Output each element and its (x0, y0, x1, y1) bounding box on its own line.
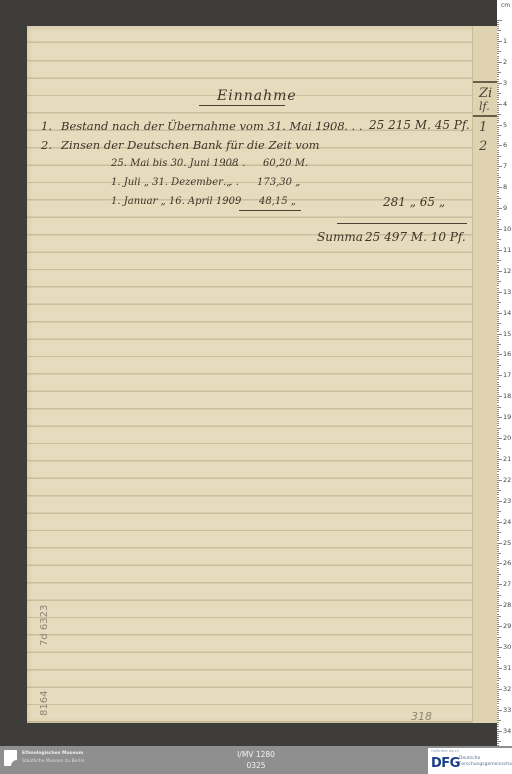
footer-bar: Ethnologisches Museum Staatliche Museen … (0, 746, 512, 774)
ruler-tick (497, 565, 499, 566)
ruler-tick (497, 93, 501, 94)
ruler-tick (497, 342, 499, 343)
ruler-tick (497, 30, 501, 31)
ruler-label: 31 (503, 664, 511, 672)
ruler-tick (497, 346, 499, 347)
ruler-tick (497, 630, 499, 631)
ruler-tick (497, 377, 499, 378)
ruler-tick (497, 315, 499, 316)
ruler-tick (497, 530, 499, 531)
ruler-tick (497, 559, 499, 560)
ruler-tick (497, 457, 499, 458)
ruler-tick (497, 185, 499, 186)
ruler-tick (497, 275, 499, 276)
ruler-tick (497, 520, 499, 521)
ruler-tick (497, 586, 499, 587)
ruler-tick (497, 720, 501, 721)
ruler-tick (497, 515, 499, 516)
ruler-tick (497, 683, 499, 684)
ruler-tick (497, 206, 499, 207)
entry-dots-1: . . . . . . . (315, 119, 363, 133)
ruler-tick (497, 382, 499, 383)
ruler-tick (497, 183, 499, 184)
ruler-tick (497, 708, 499, 709)
ruler-tick (497, 200, 499, 201)
sub-entry-period-3: 1. Januar „ 16. April 1909 (111, 196, 241, 207)
ruler-tick (497, 488, 499, 489)
ruler-tick (497, 363, 499, 364)
ruler-tick (497, 555, 499, 556)
ruler-tick (497, 476, 499, 477)
ruler-tick (497, 219, 501, 220)
sub-entry-dots-2: . . . (223, 177, 239, 188)
ruler-tick (497, 605, 502, 606)
ruler-tick (497, 570, 499, 571)
ruler-tick (497, 97, 499, 98)
ruler-tick (497, 76, 499, 77)
ruler-tick (497, 256, 499, 257)
ruler-tick (497, 517, 499, 518)
heading-underline (199, 105, 285, 106)
ruler-tick (497, 231, 499, 232)
ruler-tick (497, 191, 499, 192)
ruler-tick (497, 279, 499, 280)
ruler-tick (497, 114, 501, 115)
ruler-tick (497, 334, 502, 335)
ruler-tick (497, 179, 499, 180)
ruler-tick (497, 607, 499, 608)
ruler-tick (497, 687, 499, 688)
ruler-tick (497, 561, 499, 562)
ruler-tick (497, 540, 499, 541)
ruler-tick (497, 689, 502, 690)
ruler-tick (497, 208, 502, 209)
ruler-tick (497, 323, 501, 324)
ruler-tick (497, 572, 499, 573)
ruler-tick (497, 699, 501, 700)
ruler-tick (497, 524, 499, 525)
ruler-tick (497, 511, 501, 512)
ruler-tick (497, 471, 499, 472)
ruler-tick (497, 411, 499, 412)
ruler-label: 33 (503, 706, 511, 714)
ruler-tick (497, 110, 499, 111)
ruler-tick (497, 260, 501, 261)
ruler-tick (497, 154, 499, 155)
ruler-tick (497, 576, 499, 577)
ruler-tick (497, 135, 501, 136)
ruler-tick (497, 402, 499, 403)
ruler-tick (497, 298, 499, 299)
ruler-tick (497, 637, 501, 638)
ruler-tick (497, 147, 499, 148)
ruler-tick (497, 618, 499, 619)
ruler-tick (497, 655, 499, 656)
sum-value: 25 497 M. 10 Pf. (365, 230, 466, 244)
ruler-tick (497, 64, 499, 65)
ruler-tick (497, 628, 499, 629)
ruler-tick (497, 47, 499, 48)
ruler-tick (497, 634, 499, 635)
sub-entry-dots-3: . . . (223, 196, 239, 207)
ruler-tick (497, 469, 501, 470)
ruler-tick (497, 396, 502, 397)
ruler-tick (497, 645, 499, 646)
ruler-tick (497, 225, 499, 226)
ruler-label: 34 (503, 727, 511, 735)
sub-entry-amount-3: 48,15 „ (259, 196, 296, 207)
ruler-tick (497, 127, 499, 128)
ruler-tick (497, 83, 502, 84)
ruler-tick (497, 482, 499, 483)
ruler-tick (497, 246, 499, 247)
ruler-tick (497, 24, 499, 25)
ruler-tick (497, 735, 499, 736)
ruler-tick (497, 674, 499, 675)
dfg-name-line2: Forschungsgemeinschaft (459, 762, 512, 768)
ruler-tick (497, 716, 499, 717)
ruler-tick (497, 87, 499, 88)
interest-total: 281 „ 65 „ (383, 195, 445, 209)
ruler-tick (497, 267, 499, 268)
ruler-tick (497, 150, 499, 151)
ruler-label: 9 (503, 204, 507, 212)
ruler-label: 6 (503, 141, 507, 149)
sub-entry-amount-2: 173,30 „ (257, 177, 300, 188)
ruler-tick (497, 729, 499, 730)
ruler-tick (497, 33, 499, 34)
ruler-label: 15 (503, 330, 511, 338)
ruler-tick (497, 680, 499, 681)
ruler-tick (497, 609, 499, 610)
ruler-tick (497, 283, 499, 284)
ruler-tick (497, 568, 499, 569)
ruler-tick (497, 62, 502, 63)
ruler-tick (497, 522, 502, 523)
ruler-tick (497, 233, 499, 234)
ruler-tick (497, 660, 499, 661)
ruler-tick (497, 189, 499, 190)
ruler-tick (497, 68, 499, 69)
ruler-tick (497, 463, 499, 464)
ruler-tick (497, 49, 499, 50)
ruler-tick (497, 388, 499, 389)
ruler-tick (497, 210, 499, 211)
ruler-tick (497, 712, 499, 713)
ruler-tick (497, 467, 499, 468)
ruler-tick (497, 28, 499, 29)
ruler-tick (497, 405, 499, 406)
ruler-tick (497, 311, 499, 312)
ruler-label: 23 (503, 497, 511, 505)
ruler-tick (497, 356, 499, 357)
ruler-label: 30 (503, 643, 511, 651)
ruler-tick (497, 741, 501, 742)
ruler-tick (497, 620, 499, 621)
ruler-tick (497, 434, 499, 435)
ruler-tick (497, 451, 499, 452)
ruler-tick (497, 352, 499, 353)
ruler-tick (497, 250, 502, 251)
ruler-tick (497, 319, 499, 320)
ruler-tick (497, 685, 499, 686)
entry-amount-1: 25 215 M. 45 Pf. (369, 118, 470, 132)
ruler-tick (497, 603, 499, 604)
ruler-tick (497, 501, 502, 502)
ruler-tick (497, 158, 499, 159)
ruler-tick (497, 492, 499, 493)
next-page-mark: 2 (479, 139, 487, 154)
ruler-label: 2 (503, 58, 507, 66)
ruler-tick (497, 198, 501, 199)
ruler-tick (497, 70, 499, 71)
ruler-tick (497, 116, 499, 117)
ruler-tick (497, 421, 499, 422)
ruler-tick (497, 584, 502, 585)
ruler-tick (497, 724, 499, 725)
ruler-tick (497, 292, 502, 293)
ruler-label: 10 (503, 225, 511, 233)
ruler-tick (497, 365, 501, 366)
ruler-tick (497, 85, 499, 86)
ruler-tick (497, 718, 499, 719)
ruler-tick (497, 419, 499, 420)
ruler-tick (497, 582, 499, 583)
ruler-tick (497, 344, 501, 345)
ruler-tick (497, 465, 499, 466)
ruler-tick (497, 461, 499, 462)
ruler-tick (497, 398, 499, 399)
ruler-tick (497, 22, 499, 23)
ruler-tick (497, 507, 499, 508)
ruler-tick (497, 338, 499, 339)
ruler-tick (497, 543, 502, 544)
ruler-tick (497, 273, 499, 274)
ruler-tick (497, 499, 499, 500)
ruler-tick (497, 91, 499, 92)
ruler-tick (497, 436, 499, 437)
margin-pencil-inventory: 7d 6323 (39, 605, 50, 646)
ruler-tick (497, 649, 499, 650)
manuscript-page: Einnahme 1. Bestand nach der Übernahme v… (27, 26, 497, 723)
ruler-tick (497, 390, 499, 391)
ruler-tick (497, 177, 501, 178)
ruler-tick (497, 384, 499, 385)
ruler-tick (497, 170, 499, 171)
ruler-tick (497, 277, 499, 278)
ruler-tick (497, 442, 499, 443)
ruler-label: 5 (503, 121, 507, 129)
ruler-tick (497, 181, 499, 182)
ruler-label: 32 (503, 685, 511, 693)
ruler-tick (497, 394, 499, 395)
dfg-badge: Gefördert durch DFG Deutsche Forschungsg… (428, 748, 512, 774)
ruler-tick (497, 611, 499, 612)
ruler-tick (497, 371, 499, 372)
ruler-tick (497, 653, 499, 654)
ruler-tick (497, 453, 499, 454)
ruler-tick (497, 258, 499, 259)
ruler-tick (497, 350, 499, 351)
ruler-tick (497, 81, 499, 82)
ruler-tick (497, 597, 499, 598)
ruler-tick (497, 528, 499, 529)
ruler-tick (497, 409, 499, 410)
ruler-tick (497, 722, 499, 723)
ruler-tick (497, 361, 499, 362)
ruler-tick (497, 672, 499, 673)
ruler-tick (497, 131, 499, 132)
ruler-tick (497, 549, 499, 550)
next-page-edge: Zi lf. 1 2 (472, 26, 498, 723)
ruler-tick (497, 503, 499, 504)
ruler-tick (497, 125, 502, 126)
ruler-tick (497, 413, 499, 414)
ruler-tick (497, 676, 499, 677)
ruler-tick (497, 237, 499, 238)
ruler-tick (497, 45, 499, 46)
ruler-tick (497, 743, 499, 744)
ruler-tick (497, 79, 499, 80)
ruler-tick (497, 118, 499, 119)
next-page-mark: lf. (479, 100, 490, 113)
ruler-tick (497, 701, 499, 702)
ruler-tick (497, 99, 499, 100)
ruler-tick (497, 505, 499, 506)
ruler-tick (497, 670, 499, 671)
ruler-tick (497, 317, 499, 318)
cm-ruler: cm 1234567891011121314151617181920212223… (497, 0, 512, 746)
ruler-tick (497, 369, 499, 370)
ruler-tick (497, 325, 499, 326)
ruler-tick (497, 706, 499, 707)
ruler-tick (497, 308, 499, 309)
ruler-tick (497, 193, 499, 194)
ruler-tick (497, 248, 499, 249)
ruler-tick (497, 386, 501, 387)
ruler-tick (497, 474, 499, 475)
ruler-tick (497, 262, 499, 263)
ruler-tick (497, 737, 499, 738)
ruler-tick (497, 448, 501, 449)
ruler-tick (497, 35, 499, 36)
ruler-tick (497, 551, 499, 552)
ruler-tick (497, 212, 499, 213)
ruler-tick (497, 678, 501, 679)
ruler-tick (497, 375, 502, 376)
ruler-tick (497, 72, 501, 73)
ruler-tick (497, 41, 502, 42)
ruler-tick (497, 513, 499, 514)
ruler-label: 11 (503, 246, 511, 254)
ruler-tick (497, 693, 499, 694)
ruler-tick (497, 164, 499, 165)
ruler-label: 26 (503, 559, 511, 567)
ruler-tick (497, 593, 499, 594)
ruler-tick (497, 714, 499, 715)
ruler-tick (497, 327, 499, 328)
ruler-tick (497, 626, 502, 627)
ruler-tick (497, 639, 499, 640)
ruler-label: 14 (503, 309, 511, 317)
ruler-tick (497, 478, 499, 479)
ruler-tick (497, 440, 499, 441)
ruler-label: 4 (503, 100, 507, 108)
ruler-tick (497, 122, 499, 123)
ruler-tick (497, 133, 499, 134)
ruler-label: 12 (503, 267, 511, 275)
ruler-tick (497, 379, 499, 380)
ruler-tick (497, 574, 501, 575)
ruler-tick (497, 294, 499, 295)
ruler-tick (497, 139, 499, 140)
ruler-tick (497, 269, 499, 270)
ruler-tick (497, 235, 499, 236)
ruler-label: 24 (503, 518, 511, 526)
sub-entry-period-1: 25. Mai bis 30. Juni 1908 (111, 158, 238, 169)
ruler-label: 28 (503, 601, 511, 609)
ruler-tick (497, 666, 499, 667)
ruler-tick (497, 162, 499, 163)
ruler-tick (497, 302, 501, 303)
ruler-tick (497, 703, 499, 704)
next-page-rule-bottom (473, 115, 498, 117)
page-heading: Einnahme (217, 88, 297, 104)
ruler-tick (497, 459, 502, 460)
ruler-label: 19 (503, 413, 511, 421)
entry-text-2: Zinsen der Deutschen Bank für die Zeit v… (61, 138, 320, 152)
ruler-tick (497, 214, 499, 215)
ruler-tick (497, 536, 499, 537)
ruler-tick (497, 304, 499, 305)
ruler-tick (497, 89, 499, 90)
ruler-tick (497, 601, 499, 602)
ruler-tick (497, 595, 501, 596)
ruler-tick (497, 112, 499, 113)
ruler-tick (497, 102, 499, 103)
dfg-name: Deutsche Forschungsgemeinschaft (459, 756, 512, 768)
ruler-tick (497, 56, 499, 57)
ruler-tick (497, 641, 499, 642)
ruler-tick (497, 340, 499, 341)
ruler-tick (497, 143, 499, 144)
ruler-tick (497, 141, 499, 142)
ruler-tick (497, 354, 502, 355)
ruler-label: 18 (503, 392, 511, 400)
ruler-tick (497, 285, 499, 286)
ruler-tick (497, 480, 502, 481)
ruler-tick (497, 591, 499, 592)
next-page-mark: Zi (479, 86, 492, 101)
ruler-tick (497, 254, 499, 255)
sub-entry-amount-1: 60,20 M. (263, 158, 308, 169)
ruler-tick (497, 662, 499, 663)
ruler-tick (497, 580, 499, 581)
ruler-tick (497, 545, 499, 546)
ruler-tick (497, 306, 499, 307)
sum-rule (337, 223, 467, 224)
ruler-tick (497, 227, 499, 228)
ruler-tick (497, 196, 499, 197)
entry-number-2: 2. (41, 138, 52, 152)
ruler-tick (497, 223, 499, 224)
ruler-label: 25 (503, 539, 511, 547)
ruler-tick (497, 494, 499, 495)
ruler-tick (497, 509, 499, 510)
ruler-tick (497, 244, 499, 245)
ruler-label: 13 (503, 288, 511, 296)
ruler-tick (497, 53, 499, 54)
